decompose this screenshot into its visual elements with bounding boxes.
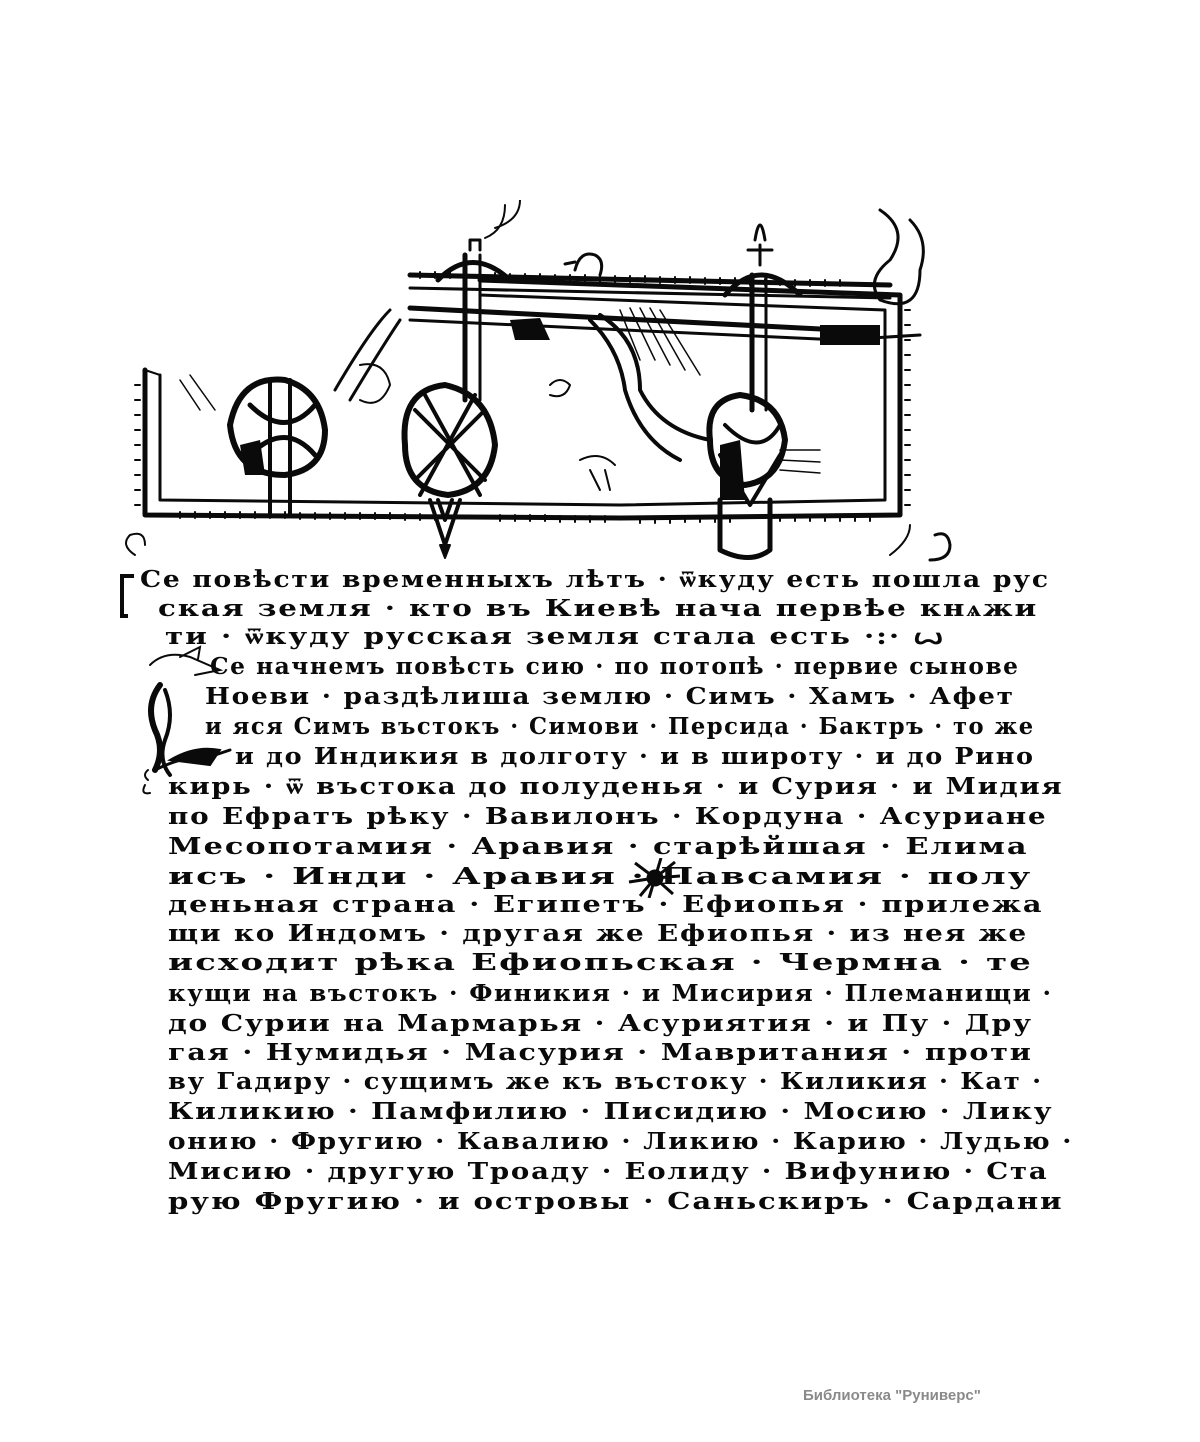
text-line: и яся Симъ въстокъ · Симови · Персида · … — [205, 715, 1035, 738]
text-line: до Сурии на Мармарья · Асуриятия · и Пу … — [168, 1012, 1033, 1035]
text-line: гая · Нумидья · Масурия · Мавритания · п… — [168, 1041, 1033, 1064]
text-line: по Ефратъ рѣку · Вавилонъ · Кордуна · Ас… — [168, 805, 1047, 828]
text-line: кирь · ѿ въстока до полуденья · и Сурия … — [168, 775, 1063, 798]
text-line: кущи на въстокъ · Финикия · и Мисирия · … — [168, 982, 1053, 1005]
text-line: Мисию · другую Троаду · Еолиду · Вифунию… — [168, 1160, 1048, 1183]
text-line: ти · ѿкуду русская земля стала есть ·:· … — [165, 625, 945, 648]
text-line: рую Фругию · и островы · Саньскиръ · Сар… — [168, 1190, 1064, 1213]
text-line: щи ко Индомъ · другая же Ефиопья · из не… — [168, 922, 1028, 945]
text-line: исъ · Инди · Аравия · Павсамия · полу — [168, 865, 1032, 888]
text-line: онию · Фругию · Кавалию · Ликию · Карию … — [168, 1130, 1073, 1153]
text-line: Киликию · Памфилию · Писидию · Мосию · Л… — [168, 1100, 1053, 1123]
text-line: Ноеви · раздѣлиша землю · Симъ · Хамъ · … — [205, 685, 1015, 708]
text-line: деньная страна · Египетъ · Ефиопья · при… — [168, 893, 1043, 916]
text-line: исходит рѣка Ефиопьская · Чермна · те — [168, 951, 1033, 974]
line-bracket-mark — [118, 574, 136, 618]
text-line: ская земля · кто въ Киевѣ нача первѣе кн… — [158, 597, 1038, 620]
text-line: Се начнемъ повѣсть сию · по потопѣ · пер… — [210, 655, 1020, 678]
text-line: и до Индикия в долготу · и в широту · и … — [235, 745, 1035, 768]
text-line: Се повѣсти временныхъ лѣтъ · ѿкуду есть … — [140, 568, 1050, 591]
text-line: Месопотамия · Аравия · старѣйшая · Елима — [168, 835, 1029, 858]
manuscript-page: Се повѣсти временныхъ лѣтъ · ѿкуду есть … — [0, 0, 1200, 1442]
interlace-headpiece-ornament — [120, 200, 960, 570]
text-line: ву Гадиру · сущимъ же къ въстоку · Килик… — [168, 1070, 1043, 1093]
library-watermark: Библиотека "Руниверс" — [803, 1387, 981, 1404]
